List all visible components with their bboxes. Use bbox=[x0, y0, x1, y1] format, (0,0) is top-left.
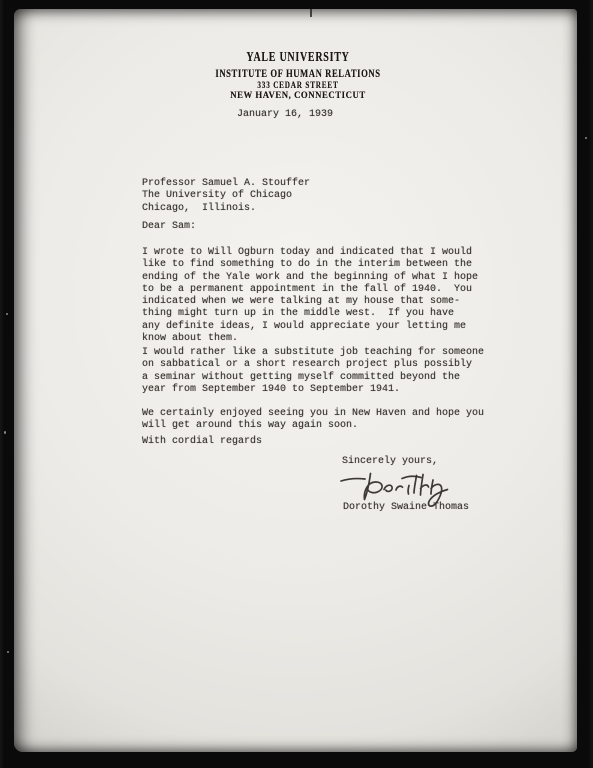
letter-date: January 16, 1939 bbox=[135, 109, 435, 121]
closing-line: With cordial regards bbox=[142, 436, 262, 448]
scanned-letter: YALE UNIVERSITY INSTITUTE OF HUMAN RELAT… bbox=[0, 0, 593, 768]
scan-speck bbox=[585, 137, 587, 139]
letterhead-department: INSTITUTE OF HUMAN RELATIONS bbox=[190, 66, 406, 81]
scan-artifact-tick bbox=[310, 9, 312, 17]
body-paragraph-3: We certainly enjoyed seeing you in New H… bbox=[142, 408, 484, 433]
letterhead-street: 333 CEDAR STREET bbox=[178, 80, 418, 90]
valediction: Sincerely yours, bbox=[342, 456, 438, 468]
salutation: Dear Sam: bbox=[142, 221, 196, 233]
scan-speck bbox=[4, 431, 6, 434]
letterhead-institution: YALE UNIVERSITY bbox=[187, 49, 409, 65]
scan-speck bbox=[7, 651, 9, 653]
recipient-address: Professor Samuel A. Stouffer The Univers… bbox=[142, 178, 310, 215]
letterhead-city: NEW HAVEN, CONNECTICUT bbox=[160, 91, 436, 101]
body-paragraph-1: I wrote to Will Ogburn today and indicat… bbox=[142, 247, 478, 345]
letter-page: YALE UNIVERSITY INSTITUTE OF HUMAN RELAT… bbox=[14, 9, 577, 752]
scan-speck bbox=[6, 313, 8, 315]
body-paragraph-2: I would rather like a substitute job tea… bbox=[142, 347, 484, 396]
signer-typed-name: Dorothy Swaine Thomas bbox=[343, 502, 469, 514]
